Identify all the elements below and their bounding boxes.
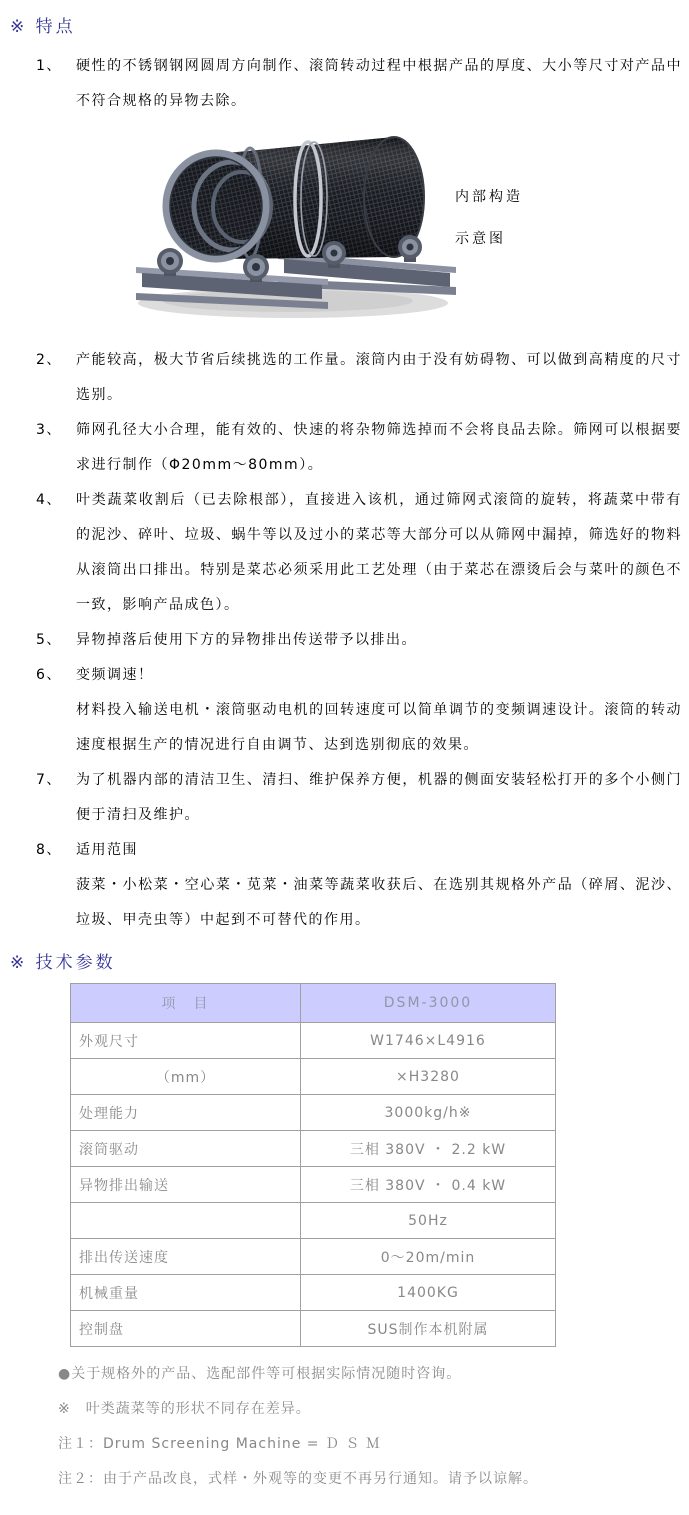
feature-text: 菠菜・小松菜・空心菜・苋菜・油菜等蔬菜收获后、在选别其规格外产品（碎屑、泥沙、垃… [76, 868, 682, 938]
footnote-dsm-abbreviation: 注１：Drum Screening Machine = Ｄ Ｓ Ｍ [58, 1427, 689, 1462]
feature-number: 7、 [36, 763, 76, 833]
table-row: 外观尺寸 W1746×L4916 [71, 1023, 556, 1059]
drum-machine-figure: 内部构造 示意图 [0, 119, 689, 343]
spec-value: 1400KG [301, 1275, 556, 1311]
table-row: 排出传送速度 0～20m/min [71, 1239, 556, 1275]
table-row: （mm） ×H3280 [71, 1059, 556, 1095]
table-row: 控制盘 SUS制作本机附属 [71, 1311, 556, 1347]
tech-params-heading: ※ 技术参数 [10, 948, 689, 973]
table-row: 机械重量 1400KG [71, 1275, 556, 1311]
table-row: 50Hz [71, 1203, 556, 1239]
feature-item-4: 4、 叶类蔬菜收割后（已去除根部），直接进入该机，通过筛网式滚筒的旋转，将蔬菜中… [0, 483, 686, 623]
spec-label: 排出传送速度 [71, 1239, 301, 1275]
feature-item-3: 3、 筛网孔径大小合理，能有效的、快速的将杂物筛选掉而不会将良品去除。筛网可以根… [0, 413, 686, 483]
feature-text: 筛网孔径大小合理，能有效的、快速的将杂物筛选掉而不会将良品去除。筛网可以根据要求… [76, 413, 682, 483]
spec-value: SUS制作本机附属 [301, 1311, 556, 1347]
feature-text: 变频调速！ [76, 658, 682, 693]
spec-value: ×H3280 [301, 1059, 556, 1095]
spec-label [71, 1203, 301, 1239]
feature-text: 为了机器内部的清洁卫生、清扫、维护保养方便，机器的侧面安装轻松打开的多个小侧门便… [76, 763, 682, 833]
feature-number: 6、 [36, 658, 76, 763]
feature-text: 叶类蔬菜收割后（已去除根部），直接进入该机，通过筛网式滚筒的旋转，将蔬菜中带有的… [76, 483, 682, 623]
feature-text: 材料投入输送电机・滚筒驱动电机的回转速度可以简单调节的变频调速设计。滚筒的转动速… [76, 693, 682, 763]
table-row: 处理能力 3000kg/h※ [71, 1095, 556, 1131]
spec-label: 机械重量 [71, 1275, 301, 1311]
spec-value: 0～20m/min [301, 1239, 556, 1275]
footnote-shape-variance: ※ 叶类蔬菜等的形状不同存在差异。 [58, 1392, 689, 1427]
table-row: 异物排出输送 三相 380V ・ 0.4 kW [71, 1167, 556, 1203]
features-heading: ※ 特点 [10, 12, 689, 37]
feature-item-7: 7、 为了机器内部的清洁卫生、清扫、维护保养方便，机器的侧面安装轻松打开的多个小… [0, 763, 686, 833]
feature-item-6: 6、 变频调速！ 材料投入输送电机・滚筒驱动电机的回转速度可以简单调节的变频调速… [0, 658, 686, 763]
table-row: 滚筒驱动 三相 380V ・ 2.2 kW [71, 1131, 556, 1167]
spec-document: ※ 特点 1、 硬性的不锈钢钢网圆周方向制作、滚筒转动过程中根据产品的厚度、大小… [0, 0, 689, 1515]
spec-value: 三相 380V ・ 0.4 kW [301, 1167, 556, 1203]
spec-label: （mm） [71, 1059, 301, 1095]
feature-number: 2、 [36, 343, 76, 413]
figure-caption-line2: 示意图 [455, 229, 506, 249]
feature-text: 适用范围 [76, 833, 682, 868]
spec-value: 三相 380V ・ 2.2 kW [301, 1131, 556, 1167]
spec-label: 控制盘 [71, 1311, 301, 1347]
footnote-consult: ●关于规格外的产品、选配部件等可根据实际情况随时咨询。 [58, 1357, 689, 1392]
feature-item-8: 8、 适用范围 菠菜・小松菜・空心菜・苋菜・油菜等蔬菜收获后、在选别其规格外产品… [0, 833, 686, 938]
feature-number: 4、 [36, 483, 76, 623]
spec-col-model: DSM-3000 [301, 984, 556, 1023]
feature-text: 产能较高，极大节省后续挑选的工作量。滚筒内由于没有妨碍物、可以做到高精度的尺寸选… [76, 343, 682, 413]
spec-label: 异物排出输送 [71, 1167, 301, 1203]
spec-value: 50Hz [301, 1203, 556, 1239]
feature-number: 1、 [36, 49, 76, 119]
footnote-change-notice: 注２：由于产品改良，式样・外观等的变更不再另行通知。请予以谅解。 [58, 1462, 689, 1497]
feature-text: 硬性的不锈钢钢网圆周方向制作、滚筒转动过程中根据产品的厚度、大小等尺寸对产品中不… [76, 49, 682, 119]
spec-label: 外观尺寸 [71, 1023, 301, 1059]
feature-number: 5、 [36, 623, 76, 658]
footnotes: ●关于规格外的产品、选配部件等可根据实际情况随时咨询。 ※ 叶类蔬菜等的形状不同… [58, 1357, 689, 1497]
spec-value: W1746×L4916 [301, 1023, 556, 1059]
figure-caption-line1: 内部构造 [455, 187, 523, 207]
feature-number: 8、 [36, 833, 76, 938]
roller-wheel [398, 235, 422, 262]
drum-machine-illustration [128, 121, 468, 326]
feature-number: 3、 [36, 413, 76, 483]
spec-value: 3000kg/h※ [301, 1095, 556, 1131]
feature-item-5: 5、 异物掉落后使用下方的异物排出传送带予以排出。 [0, 623, 686, 658]
spec-label: 处理能力 [71, 1095, 301, 1131]
spec-table-header-row: 项 目 DSM-3000 [71, 984, 556, 1023]
feature-item-2: 2、 产能较高，极大节省后续挑选的工作量。滚筒内由于没有妨碍物、可以做到高精度的… [0, 343, 686, 413]
spec-label: 滚筒驱动 [71, 1131, 301, 1167]
spec-table: 项 目 DSM-3000 外观尺寸 W1746×L4916 （mm） ×H328… [70, 983, 556, 1347]
feature-item-1: 1、 硬性的不锈钢钢网圆周方向制作、滚筒转动过程中根据产品的厚度、大小等尺寸对产… [0, 49, 686, 119]
feature-text: 异物掉落后使用下方的异物排出传送带予以排出。 [76, 623, 682, 658]
spec-col-item: 项 目 [71, 984, 301, 1023]
